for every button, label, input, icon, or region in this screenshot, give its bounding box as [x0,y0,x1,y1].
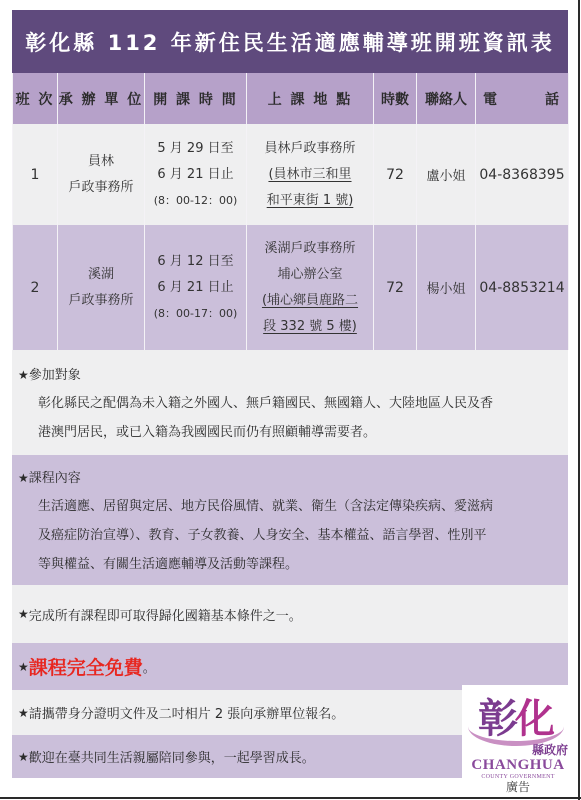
course-content-heading: 課程內容 [29,471,81,486]
star-icon: ★ [18,706,29,720]
section-completion: ★完成所有課程即可取得歸化國籍基本條件之一。 [12,585,568,643]
page-title: 彰化縣 112 年新住民生活適應輔導班開班資訊表 [12,10,568,73]
cell-hours: 72 [374,124,417,225]
logo-char-hua: 化 [515,695,552,742]
location-line: 和平東街 1 號) [247,188,373,214]
location-line: 段 332 號 5 樓) [247,314,373,340]
course-content-line: 等與權益、有關生活適應輔導及活動等課程。 [38,550,568,579]
organizer-line: 戶政事務所 [58,175,144,201]
class-schedule-table: 班 次 承 辦 單 位 開 課 時 間 上 課 地 點 時數 聯絡人 電 話 1… [12,73,569,350]
organizer-line: 溪湖 [58,262,144,288]
organizer-line: 員林 [58,149,144,175]
cell-phone: 04-8853214 [476,225,569,350]
logo-mark: 彰化 [466,689,570,741]
header-location: 上 課 地 點 [247,73,374,124]
header-phone-right: 話 [545,89,561,109]
header-phone-left: 電 [483,89,499,109]
location-line: 溪湖戶政事務所 [247,236,373,262]
logo-characters: 彰化 [478,687,552,744]
section-welcome: ★歡迎在臺共同生活親屬陪同參與，一起學習成長。 [12,735,464,778]
star-icon: ★ [18,607,29,621]
info-sheet: 彰化縣 112 年新住民生活適應輔導班開班資訊表 班 次 承 辦 單 位 開 課… [12,10,568,778]
cell-class-no: 2 [13,225,58,350]
changhua-government-logo: 彰化 縣政府 CHANGHUA COUNTY GOVERNMENT 廣告 [462,685,574,795]
cell-organizer: 員林 戶政事務所 [58,124,145,225]
free-highlight: 課程完全免費 [29,653,143,680]
section-course-content: ★課程內容 生活適應、居留與定居、地方民俗風情、就業、衛生（含法定傳染疾病、愛滋… [12,455,568,585]
section-body: 彰化縣民之配偶為未入籍之外國人、無戶籍國民、無國籍人、大陸地區人民及香 港澳門居… [18,389,568,447]
schedule-start: 6 月 12 日至 [145,249,246,275]
participants-line: 彰化縣民之配偶為未入籍之外國人、無戶籍國民、無國籍人、大陸地區人民及香 [38,389,568,418]
ad-label: 廣告 [506,781,530,794]
header-contact: 聯絡人 [417,73,476,124]
participants-line: 港澳門居民，或已入籍為我國國民而仍有照顧輔導需要者。 [38,418,568,447]
table-row: 2 溪湖 戶政事務所 6 月 12 日至 6 月 21 日止 (8：00-17：… [13,225,569,350]
cell-schedule: 5 月 29 日至 6 月 21 日止 (8：00-12：00) [145,124,247,225]
cell-schedule: 6 月 12 日至 6 月 21 日止 (8：00-17：00) [145,225,247,350]
star-icon: ★ [18,660,29,674]
course-content-line: 及癌症防治宣導）、教育、子女教養、人身安全、基本權益、語言學習、性別平 [38,521,568,550]
free-suffix: 。 [143,657,156,676]
cell-location: 溪湖戶政事務所 埔心辦公室 (埔心鄉員鹿路二 段 332 號 5 樓) [247,225,374,350]
header-phone: 電 話 [476,73,569,124]
schedule-time: (8：00-12：00) [145,188,246,214]
bring-docs-text: 請攜帶身分證明文件及二吋相片 2 張向承辦單位報名。 [29,703,345,722]
header-schedule: 開 課 時 間 [145,73,247,124]
star-icon: ★ [18,750,29,764]
location-line: 員林戶政事務所 [247,136,373,162]
schedule-end: 6 月 21 日止 [145,162,246,188]
location-line: (員林市三和里 [247,162,373,188]
star-icon: ★ [18,368,29,382]
header-hours: 時數 [374,73,417,124]
header-organizer: 承 辦 單 位 [58,73,145,124]
header-class-no: 班 次 [13,73,58,124]
frame-border-right [578,0,580,800]
table-row: 1 員林 戶政事務所 5 月 29 日至 6 月 21 日止 (8：00-12：… [13,124,569,225]
schedule-end: 6 月 21 日止 [145,275,246,301]
logo-char-zhang: 彰 [478,695,515,742]
cell-hours: 72 [374,225,417,350]
participants-heading: 參加對象 [29,368,81,383]
welcome-text: 歡迎在臺共同生活親屬陪同參與，一起學習成長。 [29,747,315,766]
frame-border-bottom [0,797,581,799]
cell-contact: 盧小姐 [417,124,476,225]
cell-class-no: 1 [13,124,58,225]
star-icon: ★ [18,471,29,485]
section-bring-docs: ★請攜帶身分證明文件及二吋相片 2 張向承辦單位報名。 [12,690,464,735]
course-content-line: 生活適應、居留與定居、地方民俗風情、就業、衛生（含法定傳染疾病、愛滋病 [38,492,568,521]
location-line: 埔心辦公室 [247,262,373,288]
cell-contact: 楊小姐 [417,225,476,350]
section-participants: ★參加對象 彰化縣民之配偶為未入籍之外國人、無戶籍國民、無國籍人、大陸地區人民及… [12,350,568,455]
cell-location: 員林戶政事務所 (員林市三和里 和平東街 1 號) [247,124,374,225]
schedule-time: (8：00-17：00) [145,301,246,327]
table-header-row: 班 次 承 辦 單 位 開 課 時 間 上 課 地 點 時數 聯絡人 電 話 [13,73,569,124]
cell-phone: 04-8368395 [476,124,569,225]
schedule-start: 5 月 29 日至 [145,136,246,162]
section-body: 生活適應、居留與定居、地方民俗風情、就業、衛生（含法定傳染疾病、愛滋病 及癌症防… [18,492,568,579]
section-heading: ★參加對象 [18,362,568,389]
section-heading: ★課程內容 [18,465,568,492]
organizer-line: 戶政事務所 [58,288,144,314]
location-line: (埔心鄉員鹿路二 [247,288,373,314]
cell-organizer: 溪湖 戶政事務所 [58,225,145,350]
section-free: ★課程完全免費。 [12,643,568,690]
logo-english-name: CHANGHUA [471,758,564,773]
completion-text: 完成所有課程即可取得歸化國籍基本條件之一。 [29,605,302,624]
